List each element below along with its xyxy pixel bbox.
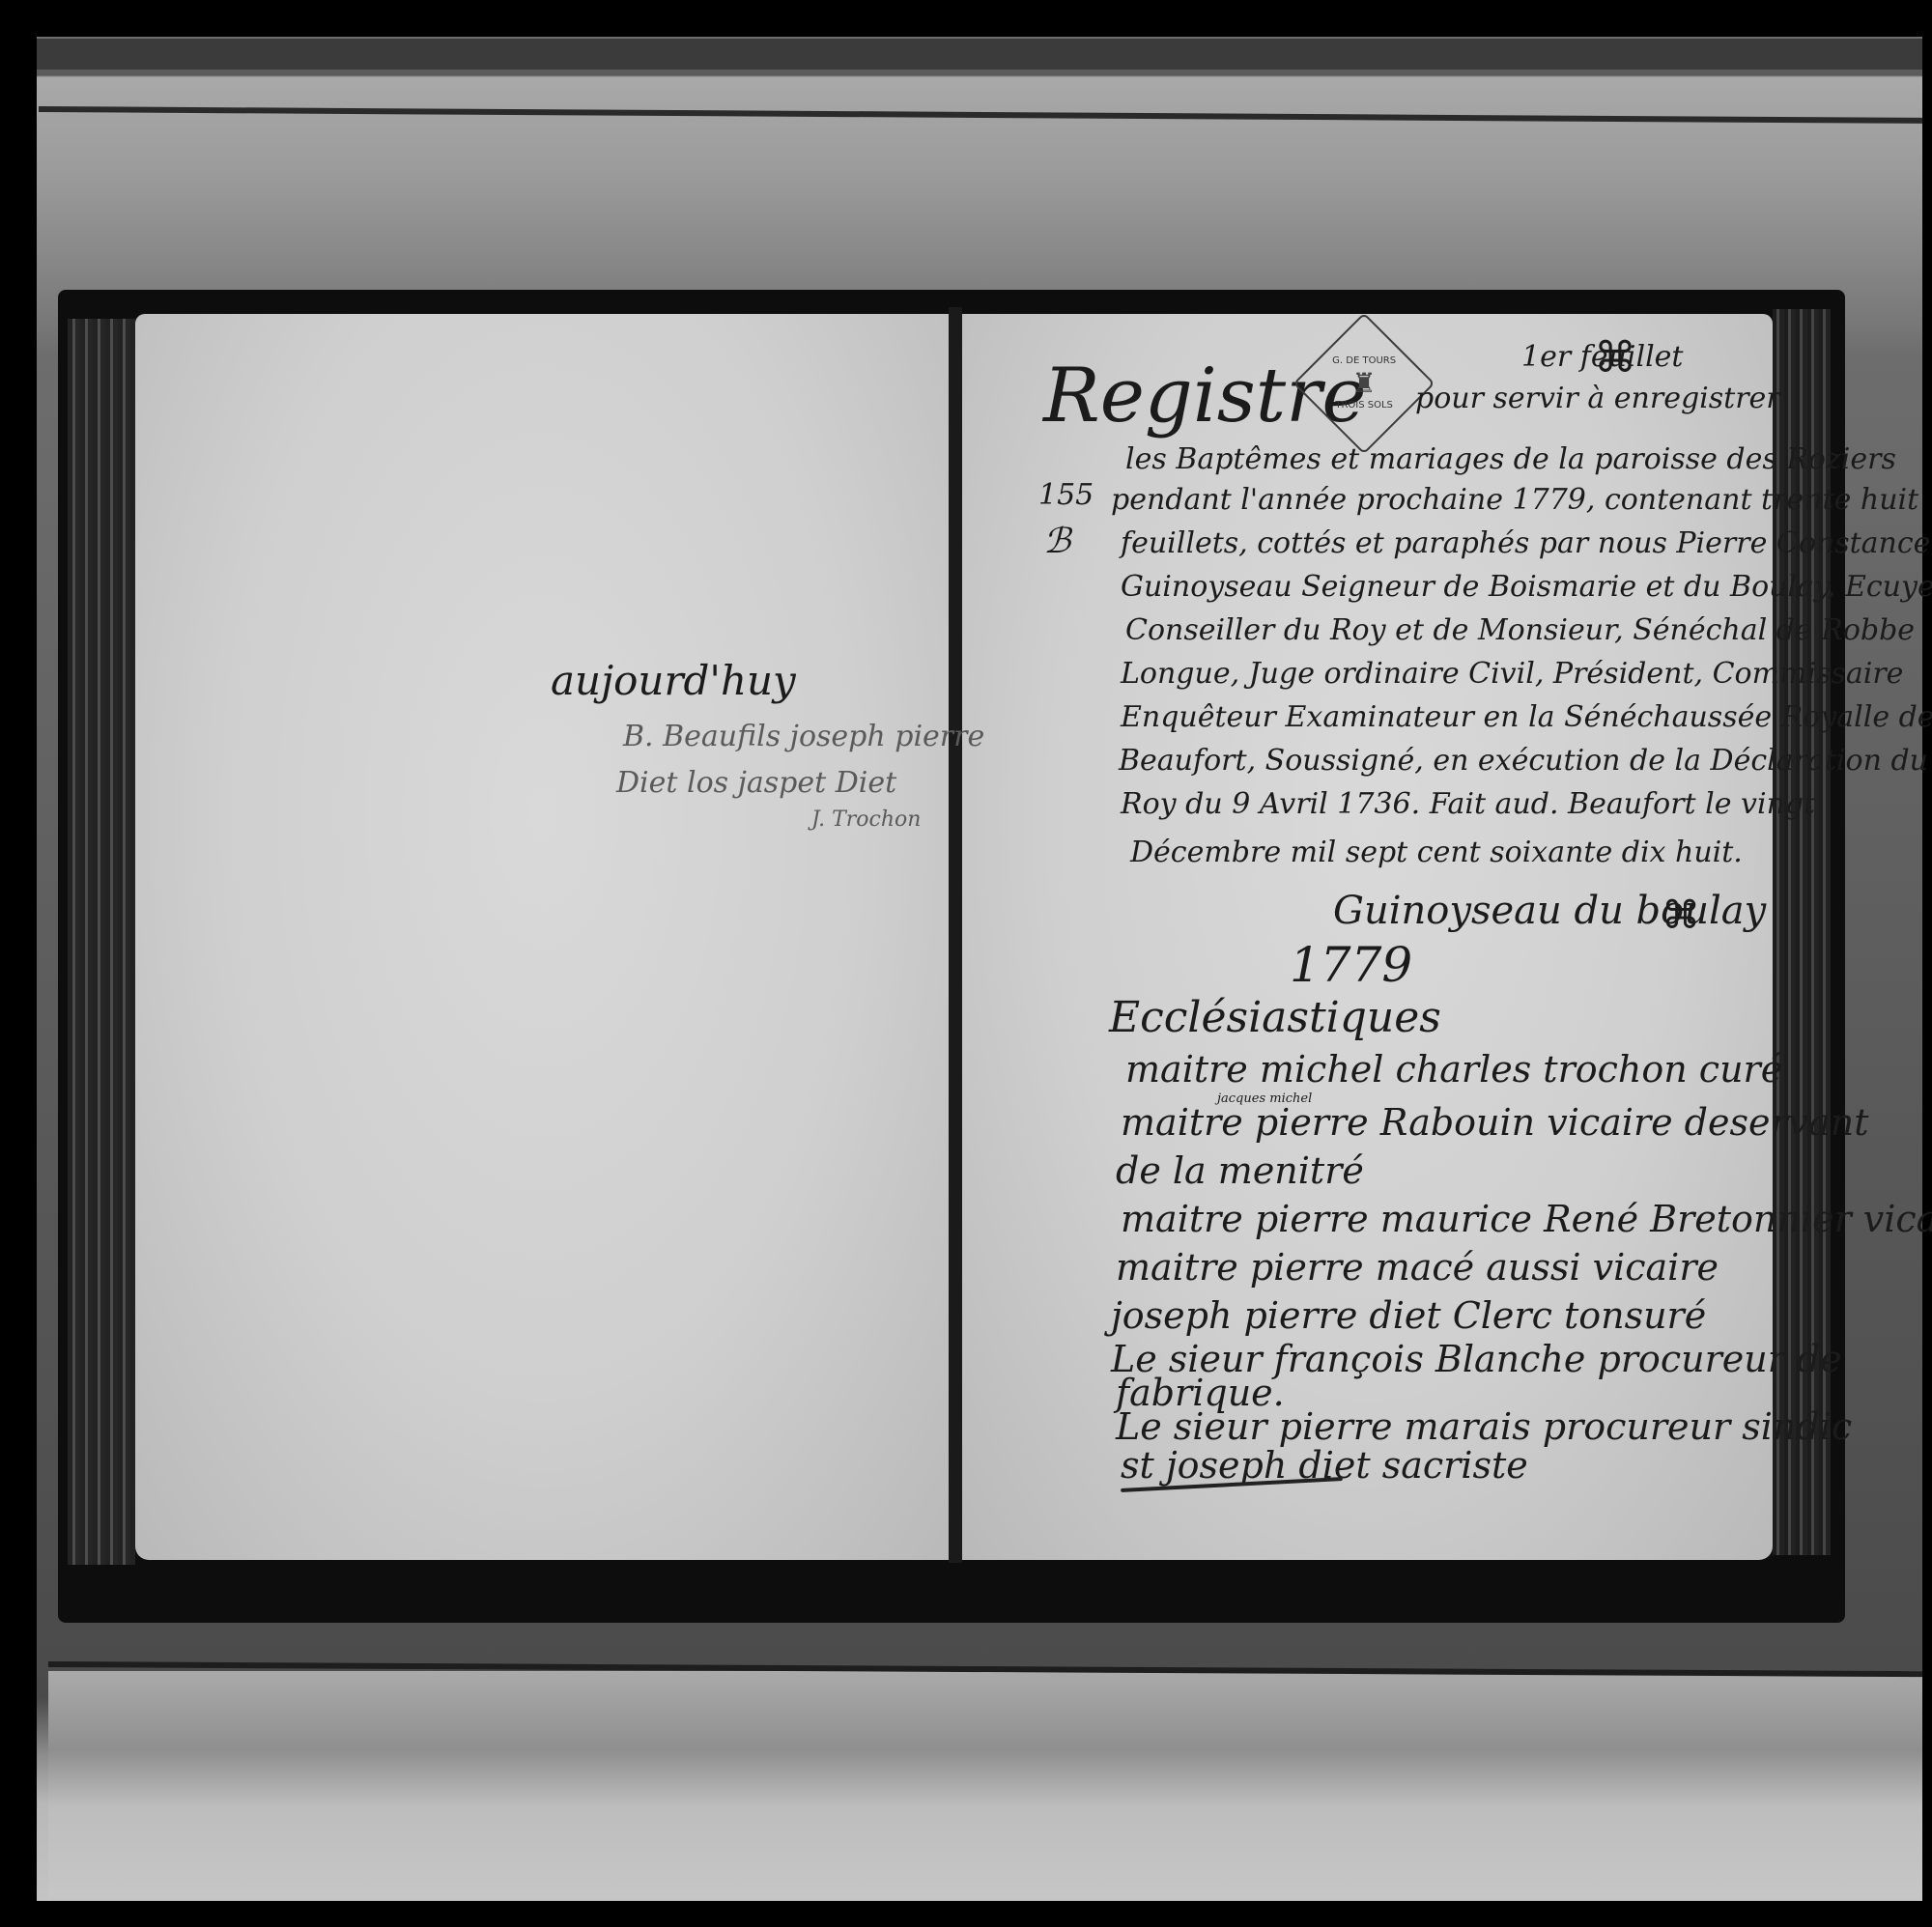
frame-bottom-area (48, 1671, 1922, 1898)
left-note-diet: Diet los jaspet Diet (616, 766, 896, 800)
stamp-top-text: G. DE TOURS (1332, 355, 1396, 367)
signature-paraph-icon: ⌘ (1662, 893, 1700, 938)
clergy-line: Le sieur pierre marais procureur sindic (1116, 1405, 1852, 1448)
clergy-line: de la menitré (1116, 1149, 1364, 1192)
tower-icon: ♜ (1332, 367, 1396, 400)
preamble-line: pendant l'année prochaine 1779, contenan… (1111, 483, 1918, 517)
preamble-line: Conseiller du Roy et de Monsieur, Sénéch… (1125, 613, 1915, 647)
paraph-mark-icon: ⌘ (1594, 333, 1636, 383)
clergy-line: joseph pierre diet Clerc tonsuré (1111, 1294, 1706, 1337)
preamble-line: Enquêteur Examinateur en la Sénéchaussée… (1121, 700, 1932, 734)
preamble-line: Décembre mil sept cent soixante dix huit… (1130, 836, 1743, 869)
margin-paraph-icon: ℬ (1043, 522, 1070, 561)
preamble-line: pour servir à enregistrer (1415, 382, 1780, 415)
left-note-aujourdhuy: aujourd'huy (551, 657, 796, 704)
clergy-line: maitre pierre macé aussi vicaire (1116, 1246, 1719, 1289)
left-page (135, 314, 952, 1560)
preamble-line: Beaufort, Soussigné, en exécution de la … (1119, 744, 1928, 778)
book-gutter (949, 307, 962, 1563)
judge-signature: Guinoyseau du boulay (1333, 889, 1766, 933)
frame-top-band (37, 39, 1922, 70)
section-heading: Ecclésiastiques (1109, 993, 1441, 1042)
left-page-edges (68, 319, 135, 1565)
stamp-bottom-text: TROIS SOLS (1332, 400, 1396, 411)
left-note-beaufils: B. Beaufils joseph pierre (623, 720, 984, 753)
preamble-line: feuillets, cottés et paraphés par nous P… (1121, 526, 1930, 560)
clergy-line: maitre pierre maurice René Bretonnier vi… (1121, 1198, 1932, 1240)
preamble-line: Guinoyseau Seigneur de Boismarie et du B… (1121, 570, 1932, 604)
clergy-line: maitre michel charles trochon curé (1125, 1048, 1782, 1091)
preamble-line: Longue, Juge ordinaire Civil, Président,… (1121, 657, 1903, 691)
year-heading: 1779 (1290, 937, 1412, 993)
clergy-line: maitre pierre Rabouin vicaire deservant (1121, 1101, 1869, 1144)
left-note-trochon: J. Trochon (811, 808, 921, 832)
margin-number: 155 (1038, 478, 1094, 512)
preamble-line: Roy du 9 Avril 1736. Fait aud. Beaufort … (1121, 787, 1815, 821)
preamble-line: les Baptêmes et mariages de la paroisse … (1125, 442, 1896, 476)
